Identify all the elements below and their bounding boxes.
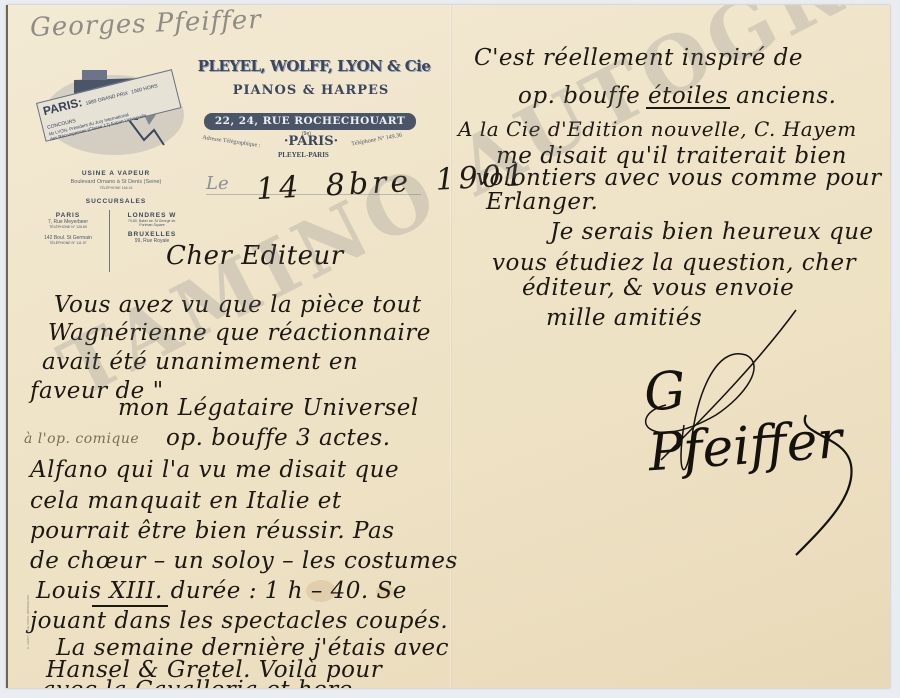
company-telephone: Téléphone N° 149.36 [351, 133, 403, 148]
letter-line: éditeur, & vous envoie [522, 275, 794, 301]
letter-line: op. bouffe étoiles anciens. [518, 83, 836, 109]
branch-line: TÉLÉPHONE N° 126.69 [28, 225, 108, 229]
branch-city: LONDRES W [112, 212, 192, 219]
letter-line: Wagnérienne que réactionnaire [48, 320, 431, 346]
letter-line: A la Cie d'Edition nouvelle, C. Hayem [458, 117, 857, 141]
center-fold [450, 5, 452, 688]
salutation: Cher Editeur [166, 241, 344, 271]
margin-note: à l'op. comique [24, 431, 139, 447]
letter-line: Vous avez vu que la pièce tout [54, 292, 422, 318]
signature: G Pfeiffer [642, 347, 890, 484]
branch-city: PARIS [28, 212, 108, 219]
company-name: PLEYEL, WOLFF, LYON & Cie [194, 57, 434, 75]
branches-title: SUCCURSALES [46, 198, 186, 205]
telegraph-address: PLEYEL-PARIS [278, 151, 329, 159]
letter-line: pourrait être bien réussir. Pas [30, 518, 395, 544]
letter-page: Georges Pfeiffer PARIS: 1889 GRAND PRIX … [6, 5, 890, 688]
company-subtitle: PIANOS & HARPES [226, 83, 396, 98]
underline-louis-xiii [92, 605, 168, 607]
letter-line: avait été unanimement en [42, 349, 358, 375]
letter-line: cela manquait en Italie et [30, 488, 342, 514]
letter-line: vous étudiez la question, cher [492, 250, 856, 276]
letter-line: C'est réellement inspiré de [474, 45, 803, 71]
letter-line: avec la Cavalleria et here [42, 677, 353, 688]
date-prefix: Le [206, 173, 229, 194]
letter-line: Je serais bien heureux que [550, 219, 874, 245]
branch-city: BRUXELLES [112, 231, 192, 238]
pencil-annotation: Georges Pfeiffer [30, 5, 263, 43]
branch-line: Portman Square [112, 223, 192, 227]
letter-line: jouant dans les spectacles coupés. [30, 608, 448, 634]
letter-line: volontiers avec vous comme pour [476, 165, 882, 191]
letter-line: Alfano qui l'a vu me disait que [30, 457, 399, 483]
branch-line: TÉLÉPHONE N° 111.97 [28, 241, 108, 245]
letter-line: Erlanger. [486, 189, 598, 215]
underline-etoiles [646, 107, 730, 109]
printer-mark: E. LEROY & CIE, PARIS, IMPRIMEURS [26, 595, 30, 649]
telegraph-label: Adresse Télégraphique : [202, 135, 261, 149]
letter-line: op. bouffe 3 actes. [166, 425, 391, 451]
factory-title: USINE A VAPEUR [46, 170, 186, 177]
factory-phone: TÉLÉPHONE 166.16 [46, 186, 186, 190]
award-1889: 1889 GRAND PRIX [85, 91, 129, 107]
letter-line: de chœur – un soloy – les costumes [30, 548, 458, 574]
company-address: 22, 24, RUE ROCHECHOUART [204, 113, 416, 130]
letter-line: Louis XIII. durée : 1 h – 40. Se [36, 578, 407, 604]
letter-line: mon Légataire Universel [118, 395, 419, 421]
branch-paris: PARIS 7, Rue Meyerbeer TÉLÉPHONE N° 126.… [28, 212, 108, 245]
branch-london: LONDRES W 79-80, Baker str. St George st… [112, 212, 192, 244]
left-edge-rule [6, 5, 8, 688]
company-city: ·PARIS· [276, 134, 346, 149]
branches-divider [109, 210, 110, 272]
factory-address: Boulevard Ornano à St Denis (Seine) [36, 179, 196, 185]
